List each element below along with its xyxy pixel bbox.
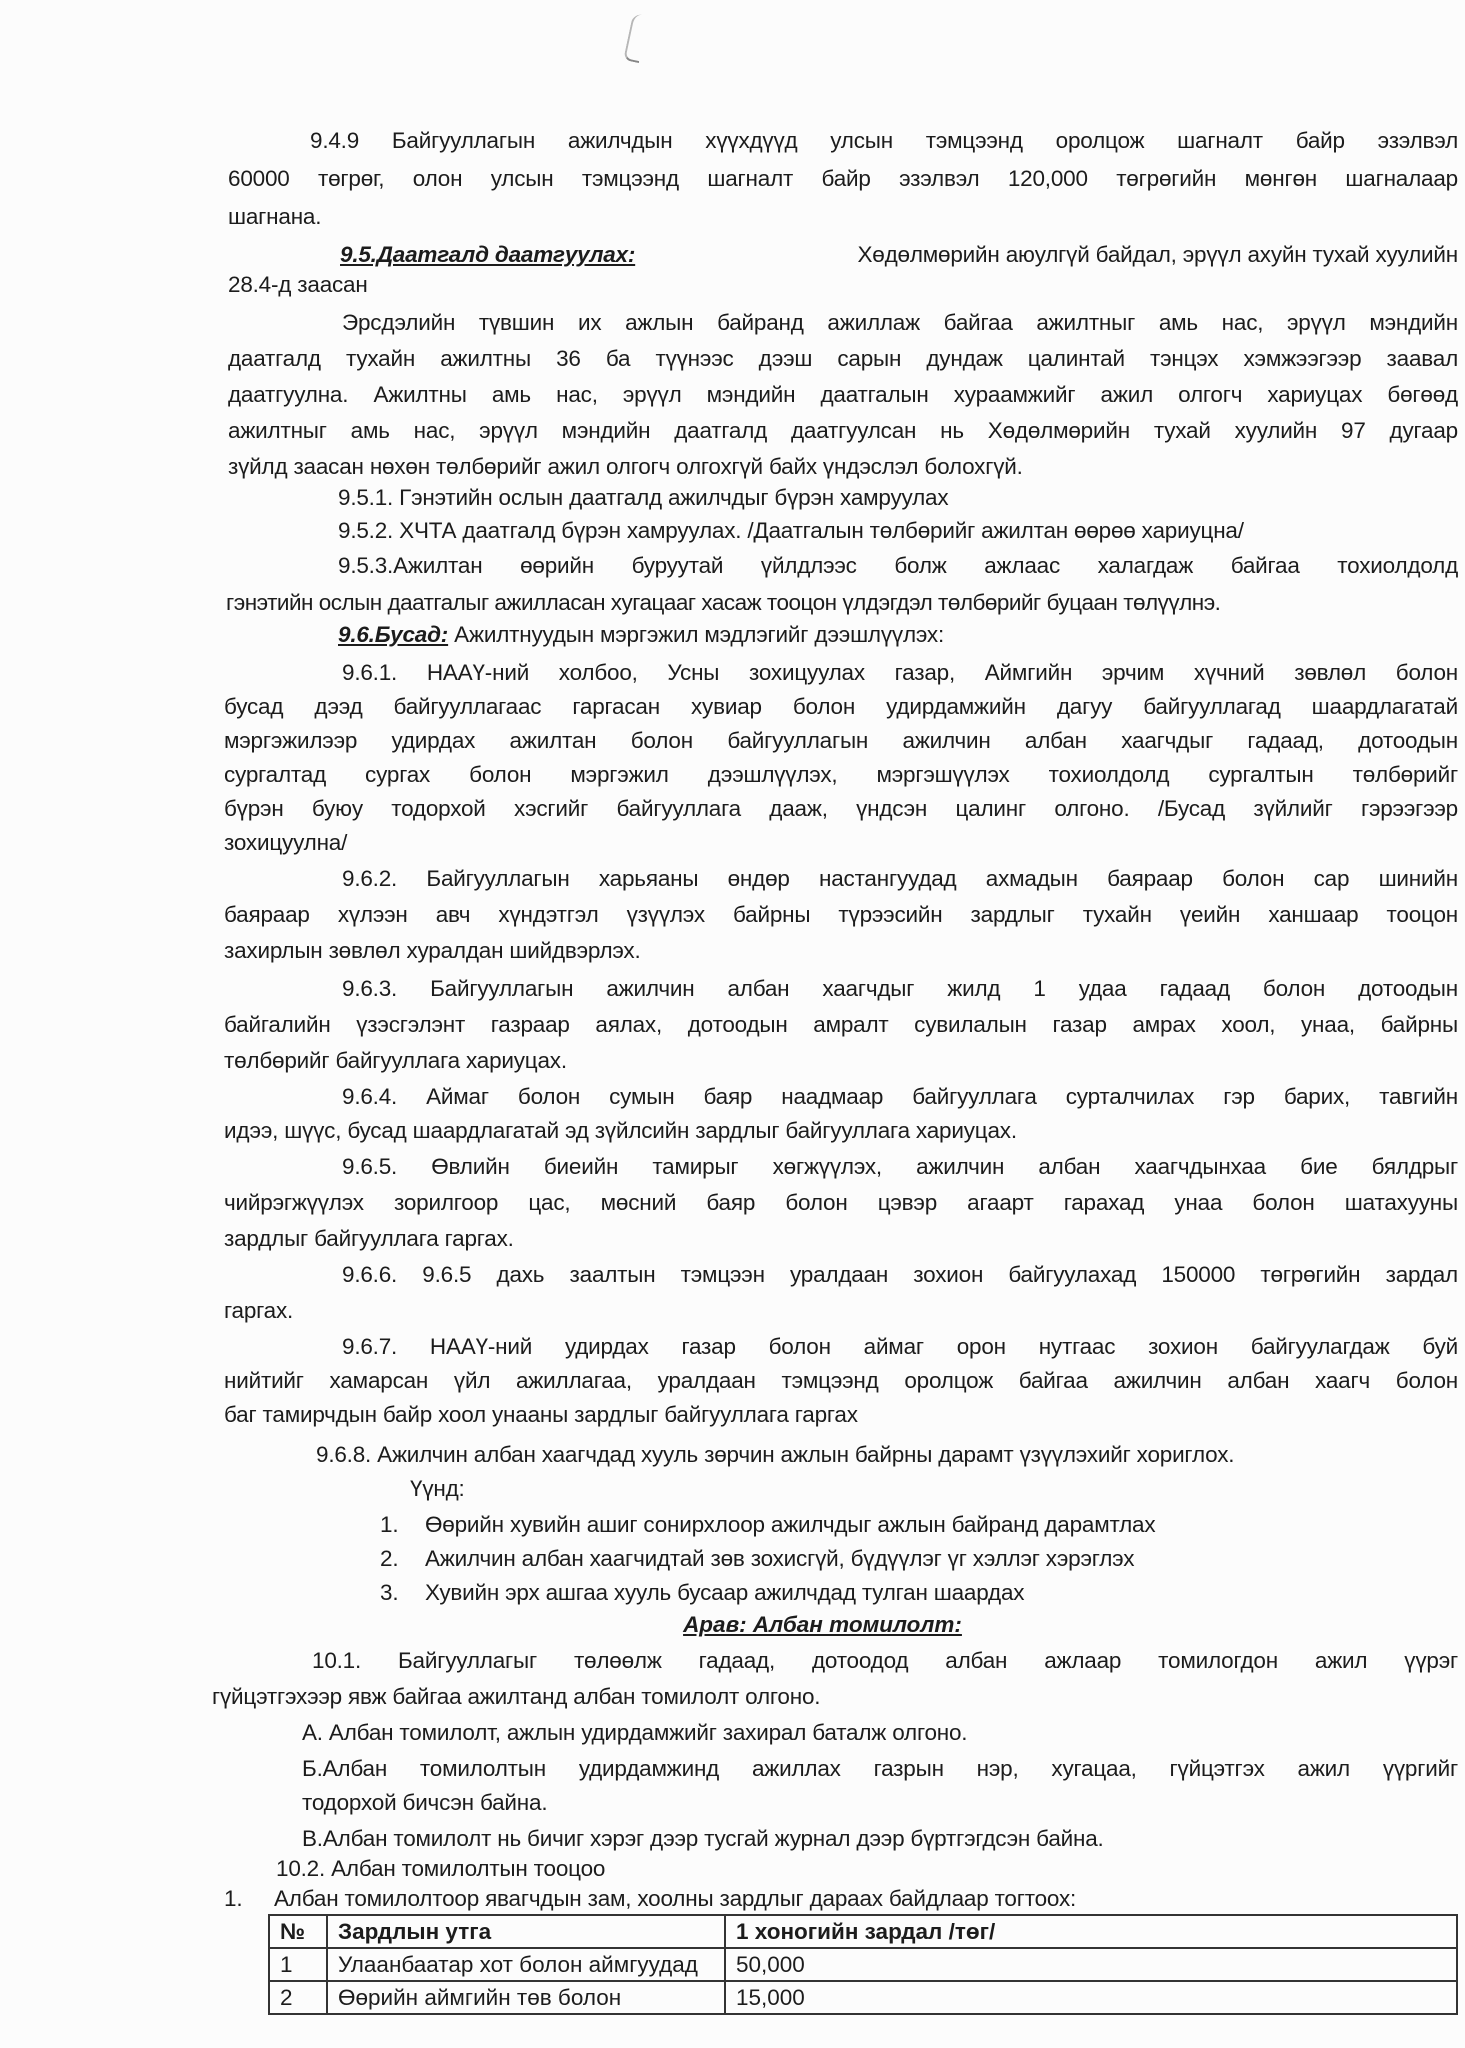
- p962-line-3: захирлын зөвлөл хуралдан шийдвэрлэх.: [224, 938, 641, 964]
- p95-body-line-1: Эрсдэлийн түвшин их ажлын байранд ажилла…: [342, 310, 1458, 336]
- table-header-row: № Зардлын утга 1 хоногийн зардал /төг/: [269, 1915, 1457, 1948]
- p102: 10.2. Албан томилолтын тооцоо: [276, 1856, 605, 1882]
- p952: 9.5.2. ХЧТА даатгалд бүрэн хамруулах. /Д…: [338, 518, 1244, 544]
- list-number: 3.: [380, 1580, 425, 1606]
- p949-line-2: 60000 төгрөг, олон улсын тэмцээнд шагнал…: [228, 166, 1458, 192]
- s96-heading: 9.6.Бусад:: [338, 622, 448, 647]
- scanned-document-page: 9.4.9 Байгууллагын ажилчдын хүүхдүүд улс…: [0, 0, 1465, 2048]
- list-text: Хувийн эрх ашгаа хууль бусаар ажилчдад т…: [425, 1580, 1024, 1605]
- p965-line-3: зардлыг байгууллага гаргах.: [224, 1226, 514, 1252]
- p961-line-3: мэргэжилээр удирдах ажилтан болон байгуу…: [224, 728, 1458, 754]
- p961-line-5: бүрэн буюу тодорхой хэсгийг байгууллага …: [224, 796, 1458, 822]
- p961-line-4: сургалтад сургах болон мэргэжил дээшлүүл…: [224, 762, 1458, 788]
- handwritten-mark: [623, 13, 649, 63]
- section-10-title: Арав: Албан томилолт:: [0, 1612, 1465, 1638]
- col-header-daily-cost: 1 хоногийн зардал /төг/: [725, 1915, 1457, 1948]
- p963-line-2: байгалийн үзэсгэлэнт газраар аялах, дото…: [224, 1012, 1458, 1038]
- p95-body-line-2: даатгалд тухайн ажилтны 36 ба түүнээс дэ…: [228, 346, 1458, 372]
- p965-line-2: чийрэгжүүлэх зорилгоор цас, мөсний баяр …: [224, 1190, 1458, 1216]
- p966-line-1: 9.6.6. 9.6.5 дахь заалтын тэмцээн уралда…: [342, 1262, 1458, 1288]
- p964-line-1: 9.6.4. Аймаг болон сумын баяр наадмаар б…: [342, 1084, 1458, 1110]
- p963-line-1: 9.6.3. Байгууллагын ажилчин албан хаагчд…: [342, 976, 1458, 1002]
- p10-item-1: 1.Албан томилолтоор явагчдын зам, хоолны…: [224, 1886, 1076, 1912]
- p949-line-3: шагнана.: [228, 204, 321, 230]
- p968-list-item-2: 2.Ажилчин албан хаагчидтай зөв зохисгүй,…: [380, 1546, 1134, 1572]
- p962-line-2: баяраар хүлээн авч хүндэтгэл үзүүлэх бай…: [224, 902, 1458, 928]
- p962-line-1: 9.6.2. Байгууллагын харьяаны өндөр наста…: [342, 866, 1458, 892]
- p968: 9.6.8. Ажилчин албан хаагчдад хууль зөрч…: [316, 1442, 1234, 1468]
- s95-heading-text: Хөдөлмөрийн аюулгүй байдал, эрүүл ахуйн …: [858, 242, 1459, 268]
- s95-line-2: 28.4-д заасан: [228, 272, 368, 298]
- p95-body-line-5: зүйлд заасан нөхөн төлбөрийг ажил олгогч…: [228, 454, 1023, 480]
- travel-cost-table: № Зардлын утга 1 хоногийн зардал /төг/ 1…: [268, 1914, 1458, 2015]
- table-row: 1 Улаанбаатар хот болон аймгуудад 50,000: [269, 1948, 1457, 1981]
- p968-list-item-3: 3.Хувийн эрх ашгаа хууль бусаар ажилчдад…: [380, 1580, 1024, 1606]
- p953-line-2: гэнэтийн ослын даатгалыг ажилласан хугац…: [226, 590, 1220, 616]
- p968-intro: Үүнд:: [410, 1476, 465, 1502]
- s95-heading-line: 9.5.Даатгалд даатгуулах: Хөдөлмөрийн аюу…: [340, 242, 1458, 268]
- cell-cost-type: Өөрийн аймгийн төв болон: [327, 1981, 725, 2014]
- p95-body-line-3: даатгуулна. Ажилтны амь нас, эрүүл мэнди…: [228, 382, 1458, 408]
- p101-line-1: 10.1. Байгууллагыг төлөөлж гадаад, дотоо…: [312, 1648, 1458, 1674]
- p961-line-6: зохицуулна/: [224, 830, 347, 856]
- list-text: Албан томилолтоор явагчдын зам, хоолны з…: [274, 1886, 1076, 1911]
- p95-body-line-4: ажилтныг амь нас, эрүүл мэндийн даатгалд…: [228, 418, 1458, 444]
- col-header-cost-type: Зардлын утга: [327, 1915, 725, 1948]
- cell-daily-cost: 50,000: [725, 1948, 1457, 1981]
- col-header-number: №: [269, 1915, 327, 1948]
- list-text: Ажилчин албан хаагчидтай зөв зохисгүй, б…: [425, 1546, 1134, 1571]
- p963-line-3: төлбөрийг байгууллага хариуцах.: [224, 1048, 567, 1074]
- cell-daily-cost: 15,000: [725, 1981, 1457, 2014]
- p101-line-2: гүйцэтгэхээр явж байгаа ажилтанд албан т…: [212, 1684, 820, 1710]
- list-number: 2.: [380, 1546, 425, 1572]
- p968-list-item-1: 1.Өөрийн хувийн ашиг сонирхлоор ажилчдыг…: [380, 1512, 1155, 1538]
- p10-a: А. Албан томилолт, ажлын удирдамжийг зах…: [302, 1720, 967, 1746]
- p953-line-1: 9.5.3.Ажилтан өөрийн буруутай үйлдлээс б…: [338, 553, 1458, 579]
- p10-b-line-1: Б.Албан томилолтын удирдамжинд ажиллах г…: [302, 1756, 1458, 1782]
- p961-line-1: 9.6.1. НААҮ-ний холбоо, Усны зохицуулах …: [342, 660, 1458, 686]
- table-row: 2 Өөрийн аймгийн төв болон 15,000: [269, 1981, 1457, 2014]
- cell-number: 2: [269, 1981, 327, 2014]
- cell-cost-type: Улаанбаатар хот болон аймгуудад: [327, 1948, 725, 1981]
- list-number: 1.: [224, 1886, 274, 1912]
- p964-line-2: идээ, шүүс, бусад шаардлагатай эд зүйлси…: [224, 1118, 1017, 1144]
- list-text: Өөрийн хувийн ашиг сонирхлоор ажилчдыг а…: [425, 1512, 1155, 1537]
- p951: 9.5.1. Гэнэтийн ослын даатгалд ажилчдыг …: [338, 485, 948, 511]
- p949-line-1: 9.4.9 Байгууллагын ажилчдын хүүхдүүд улс…: [310, 128, 1458, 154]
- s96-line: 9.6.Бусад: Ажилтнуудын мэргэжил мэдлэгий…: [338, 622, 944, 648]
- cell-number: 1: [269, 1948, 327, 1981]
- s95-heading: 9.5.Даатгалд даатгуулах:: [340, 242, 635, 268]
- p965-line-1: 9.6.5. Өвлийн биеийн тамирыг хөгжүүлэх, …: [342, 1154, 1458, 1180]
- list-number: 1.: [380, 1512, 425, 1538]
- p966-line-2: гаргах.: [224, 1298, 293, 1324]
- p10-b-line-2: тодорхой бичсэн байна.: [302, 1790, 547, 1816]
- s96-text: Ажилтнуудын мэргэжил мэдлэгийг дээшлүүлэ…: [448, 622, 944, 647]
- p967-line-1: 9.6.7. НААҮ-ний удирдах газар болон айма…: [342, 1334, 1458, 1360]
- p961-line-2: бусад дээд байгууллагаас гаргасан хувиар…: [224, 694, 1458, 720]
- p10-v: В.Албан томилолт нь бичиг хэрэг дээр тус…: [302, 1826, 1104, 1852]
- p967-line-2: нийтийг хамарсан үйл ажиллагаа, уралдаан…: [224, 1368, 1458, 1394]
- p967-line-3: баг тамирчдын байр хоол унааны зардлыг б…: [224, 1402, 858, 1428]
